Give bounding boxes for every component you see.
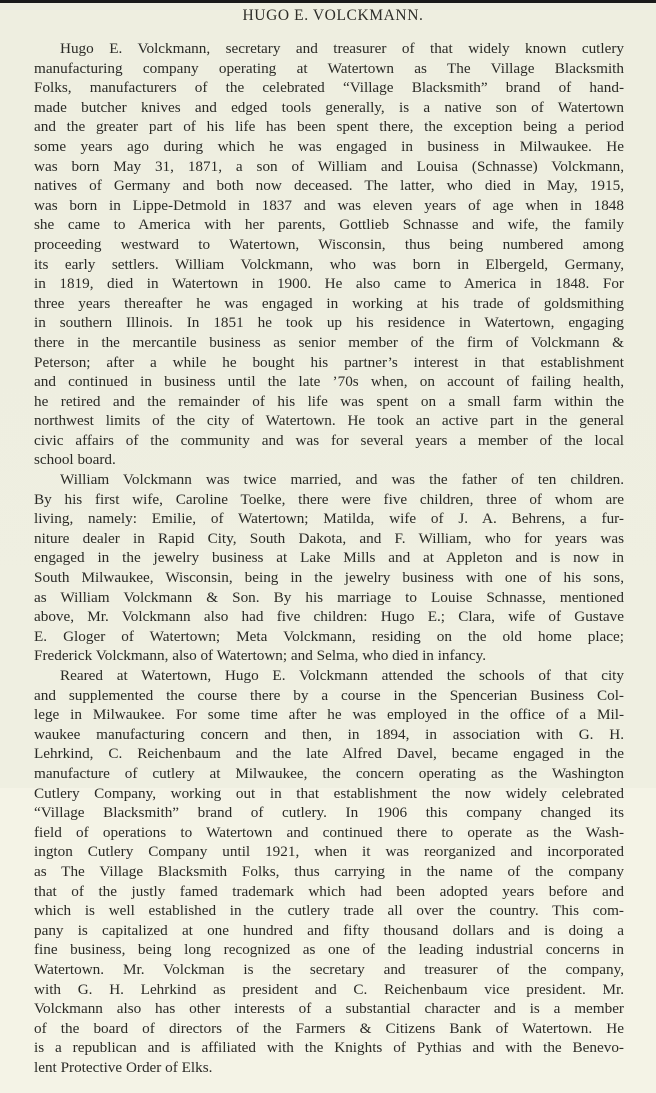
text-line: Cutlery Company, working out in that est… xyxy=(34,784,624,804)
paragraph-3: Reared at Watertown, Hugo E. Volckmann a… xyxy=(34,666,624,1077)
text-line: Folks, manufacturers of the celebrated “… xyxy=(34,78,624,98)
text-line: he retired and the remainder of his life… xyxy=(34,392,624,412)
text-line: that of the justly famed trademark which… xyxy=(34,882,624,902)
text-line: By his first wife, Caroline Toelke, ther… xyxy=(34,490,624,510)
text-line: was born May 31, 1871, a son of William … xyxy=(34,157,624,177)
text-line: Hugo E. Volckmann, secretary and treasur… xyxy=(34,39,624,59)
text-line: and supplemented the course there by a c… xyxy=(34,686,624,706)
text-line: Reared at Watertown, Hugo E. Volckmann a… xyxy=(34,666,624,686)
text-line: three years thereafter he was engaged in… xyxy=(34,294,624,314)
text-line: and continued in business until the late… xyxy=(34,372,624,392)
text-line: South Milwaukee, Wisconsin, being in the… xyxy=(34,568,624,588)
text-line: proceeding westward to Watertown, Wiscon… xyxy=(34,235,624,255)
paragraph-2: William Volckmann was twice married, and… xyxy=(34,470,624,666)
text-line: in southern Illinois. In 1851 he took up… xyxy=(34,313,624,333)
text-line: with G. H. Lehrkind as president and C. … xyxy=(34,980,624,1000)
text-line: there in the mercantile business as seni… xyxy=(34,333,624,353)
text-line: was born in Lippe-Detmold in 1837 and wa… xyxy=(34,196,624,216)
text-line: is a republican and is affiliated with t… xyxy=(34,1038,624,1058)
text-line: Frederick Volckmann, also of Watertown; … xyxy=(34,646,624,666)
text-line: ington Cutlery Company until 1921, when … xyxy=(34,842,624,862)
text-line: and the greater part of his life has bee… xyxy=(34,117,624,137)
text-line: some years ago during which he was engag… xyxy=(34,137,624,157)
scan-top-edge xyxy=(0,0,656,3)
text-line: its early settlers. William Volckmann, w… xyxy=(34,255,624,275)
text-line: E. Gloger of Watertown; Meta Volckmann, … xyxy=(34,627,624,647)
text-line: as The Village Blacksmith Folks, thus ca… xyxy=(34,862,624,882)
text-line: manufacturing company operating at Water… xyxy=(34,59,624,79)
text-line: field of operations to Watertown and con… xyxy=(34,823,624,843)
text-line: living, namely: Emilie, of Watertown; Ma… xyxy=(34,509,624,529)
text-line: above, Mr. Volckmann also had five child… xyxy=(34,607,624,627)
text-line: she came to America with her parents, Go… xyxy=(34,215,624,235)
text-line: made butcher knives and edged tools gene… xyxy=(34,98,624,118)
text-line: engaged in the jewelry business at Lake … xyxy=(34,548,624,568)
text-line: school board. xyxy=(34,450,624,470)
text-line: civic affairs of the community and was f… xyxy=(34,431,624,451)
text-line: waukee manufacturing concern and then, i… xyxy=(34,725,624,745)
text-line: which is well established in the cutlery… xyxy=(34,901,624,921)
text-line: William Volckmann was twice married, and… xyxy=(34,470,624,490)
text-line: Watertown. Mr. Volckman is the secretary… xyxy=(34,960,624,980)
text-line: niture dealer in Rapid City, South Dakot… xyxy=(34,529,624,549)
text-line: manufacture of cutlery at Milwaukee, the… xyxy=(34,764,624,784)
text-line: Volckmann also has other interests of a … xyxy=(34,999,624,1019)
text-line: northwest limits of the city of Watertow… xyxy=(34,411,624,431)
document-body: HUGO E. VOLCKMANN. Hugo E. Volckmann, se… xyxy=(34,6,624,1077)
text-line: of the board of directors of the Farmers… xyxy=(34,1019,624,1039)
paragraph-1: Hugo E. Volckmann, secretary and treasur… xyxy=(34,39,624,470)
text-line: “Village Blacksmith” brand of cutlery. I… xyxy=(34,803,624,823)
text-line: fine business, being long recognized as … xyxy=(34,940,624,960)
text-line: lege in Milwaukee. For some time after h… xyxy=(34,705,624,725)
text-line: as William Volckmann & Son. By his marri… xyxy=(34,588,624,608)
text-line: Lehrkind, C. Reichenbaum and the late Al… xyxy=(34,744,624,764)
text-line: natives of Germany and both now deceased… xyxy=(34,176,624,196)
text-line: in 1819, died in Watertown in 1900. He a… xyxy=(34,274,624,294)
text-line: pany is capitalized at one hundred and f… xyxy=(34,921,624,941)
page-title: HUGO E. VOLCKMANN. xyxy=(34,6,624,26)
text-line: lent Protective Order of Elks. xyxy=(34,1058,624,1078)
text-line: Peterson; after a while he bought his pa… xyxy=(34,353,624,373)
